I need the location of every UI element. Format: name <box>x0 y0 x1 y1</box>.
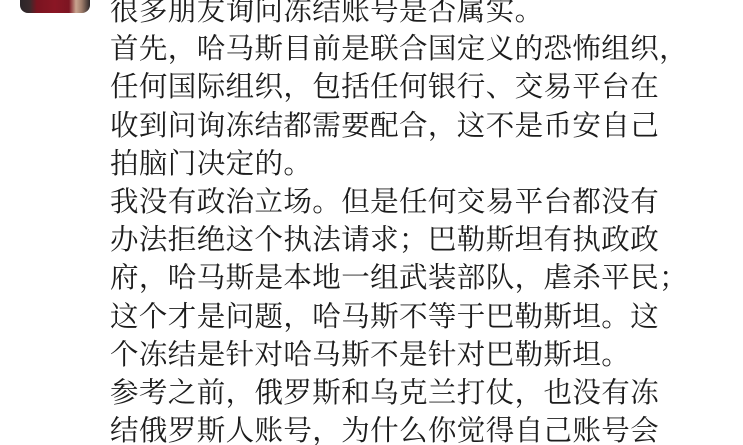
post-text-line: 参考之前，俄罗斯和乌克兰打仗，也没有冻 <box>110 374 730 412</box>
post-text-line: 收到问询冻结都需要配合，这不是币安自己 <box>110 107 730 145</box>
post-body-text: 很多朋友询问冻结账号是否属实。 首先，哈马斯目前是联合国定义的恐怖组织， 任何国… <box>110 0 730 445</box>
post-text-line: 很多朋友询问冻结账号是否属实。 <box>110 0 730 30</box>
avatar[interactable] <box>20 0 90 13</box>
post-text-line: 结俄罗斯人账号，为什么你觉得自己账号会 <box>110 412 730 445</box>
post-text-line: 府，哈马斯是本地一组武装部队，虐杀平民； <box>110 259 730 297</box>
post-text-line: 首先，哈马斯目前是联合国定义的恐怖组织， <box>110 30 730 68</box>
post-text-line: 我没有政治立场。但是任何交易平台都没有 <box>110 183 730 221</box>
post-text-line: 这个才是问题，哈马斯不等于巴勒斯坦。这 <box>110 298 730 336</box>
post-text-line: 拍脑门决定的。 <box>110 145 730 183</box>
post-text-line: 个冻结是针对哈马斯不是针对巴勒斯坦。 <box>110 336 730 374</box>
post-text-line: 办法拒绝这个执法请求；巴勒斯坦有执政政 <box>110 221 730 259</box>
post-text-line: 任何国际组织，包括任何银行、交易平台在 <box>110 68 730 106</box>
